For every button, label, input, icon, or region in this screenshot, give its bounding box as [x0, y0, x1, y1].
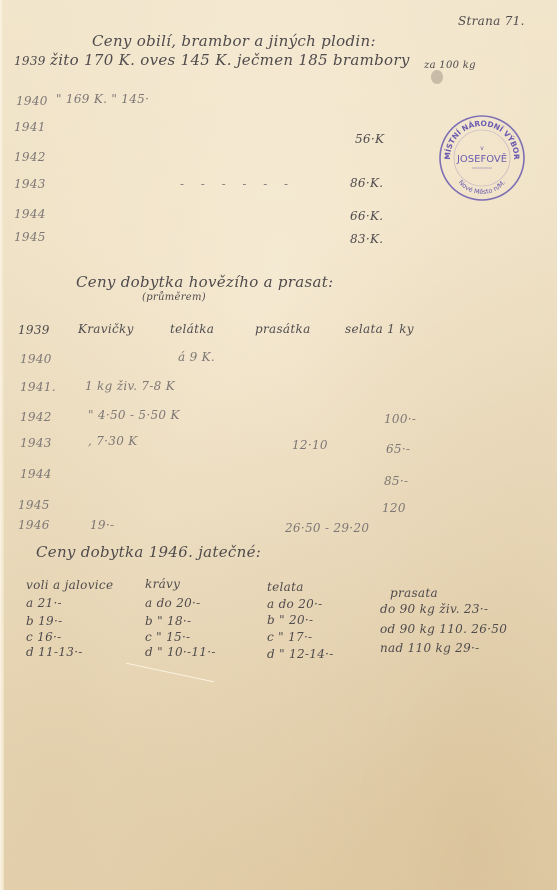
- s2-cell: 120: [382, 501, 406, 515]
- stamp-bottom-text: Nové Město n/M.: [457, 178, 507, 196]
- s3-item: b " 20·-: [267, 613, 313, 627]
- s1-row-text: " 169 K. " 145·: [56, 92, 149, 106]
- stamp-town: JOSEFOVĚ: [456, 152, 507, 165]
- s3-col-heading: prasata: [390, 586, 438, 600]
- s3-item: b " 18·-: [145, 614, 191, 628]
- page-number-label: Strana 71.: [458, 14, 525, 28]
- s2-year: 1943: [20, 436, 52, 450]
- s2-cell: 100·-: [384, 412, 416, 426]
- s2-cell: á 9 K.: [178, 350, 215, 364]
- section3-title: Ceny dobytka 1946. jatečné:: [36, 543, 261, 561]
- dash-leader: - - - - - -: [180, 177, 288, 191]
- s3-col-heading: telata: [267, 580, 304, 594]
- section2-subtitle: (průměrem): [142, 292, 206, 303]
- section1-title: Ceny obilí, brambor a jiných plodin:: [92, 32, 376, 50]
- s1-year: 1940: [16, 94, 48, 108]
- s2-col-header: Kravičky: [78, 322, 134, 336]
- s2-cell: 26·50 - 29·20: [285, 521, 369, 535]
- svg-text:Nové Město n/M.: Nové Město n/M.: [457, 178, 507, 196]
- unit-note: za 100 kg: [424, 60, 476, 71]
- s3-item: do 90 kg živ. 23·-: [380, 602, 488, 616]
- s1-year: 1944: [14, 207, 46, 221]
- document-page: Strana 71. Ceny obilí, brambor a jiných …: [0, 0, 557, 890]
- s2-cell: 1 kg živ. 7-8 K: [85, 379, 175, 393]
- s3-item: od 90 kg 110. 26·50: [380, 622, 507, 636]
- s1-value: 83·K.: [350, 232, 383, 246]
- municipal-stamp: MÍSTNÍ NÁRODNÍ VÝBOR v JOSEFOVĚ * * Nové…: [438, 114, 526, 202]
- s1-value: 66·K.: [350, 209, 383, 223]
- s3-item: b 19·-: [26, 614, 62, 628]
- s2-cell: 65·-: [386, 442, 410, 456]
- s3-item: c " 15·-: [145, 630, 190, 644]
- s1-year: 1943: [14, 177, 46, 191]
- s2-col-header: telátka: [170, 322, 214, 336]
- s1-year: 1942: [14, 150, 46, 164]
- s3-item: c " 17·-: [267, 630, 312, 644]
- s2-col-header: prasátka: [255, 322, 311, 336]
- s1-value: 86·K.: [350, 176, 383, 190]
- s2-cell: 85·-: [384, 474, 408, 488]
- stamp-star-icon: *: [445, 155, 449, 163]
- s2-year: 1941.: [20, 380, 56, 394]
- s1-year: 1945: [14, 230, 46, 244]
- s3-item: d 11-13·-: [26, 645, 83, 659]
- s3-item: nad 110 kg 29·-: [380, 641, 480, 655]
- s2-year: 1940: [20, 352, 52, 366]
- s2-year: 1944: [20, 467, 52, 481]
- s2-cell: 12·10: [292, 438, 328, 452]
- s3-item: d " 12-14·-: [267, 647, 334, 661]
- s3-item: a do 20·-: [145, 596, 201, 610]
- s3-col-heading: voli a jalovice: [26, 578, 113, 592]
- s2-cell: " 4·50 - 5·50 K: [88, 408, 180, 422]
- paper-crease: [126, 663, 214, 683]
- s2-year: 1946: [18, 518, 50, 532]
- s2-year: 1942: [20, 410, 52, 424]
- s3-item: a 21·-: [26, 596, 62, 610]
- s3-item: c 16·-: [26, 630, 61, 644]
- s1-year: 1941: [14, 120, 46, 134]
- stamp-small-text: v: [480, 145, 484, 152]
- s3-col-heading: krávy: [145, 577, 180, 591]
- paper-edge: [0, 0, 4, 890]
- s1-value: 56·K: [355, 132, 384, 146]
- ink-stain: [431, 70, 443, 84]
- s1-row-text: žito 170 K. oves 145 K. ječmen 185 bramb…: [50, 51, 410, 69]
- stamp-star-icon: *: [515, 155, 519, 163]
- s3-item: d " 10·-11·-: [145, 645, 216, 659]
- s2-year: 1945: [18, 498, 50, 512]
- s3-item: a do 20·-: [267, 597, 323, 611]
- s2-cell: 19·-: [90, 518, 114, 532]
- s2-col-header: selata 1 ky: [345, 322, 414, 336]
- s1-year: 1939: [14, 54, 46, 68]
- s2-year: 1939: [18, 323, 50, 337]
- s2-cell: , 7·30 K: [88, 434, 138, 448]
- section2-title: Ceny dobytka hovězího a prasat:: [76, 273, 333, 291]
